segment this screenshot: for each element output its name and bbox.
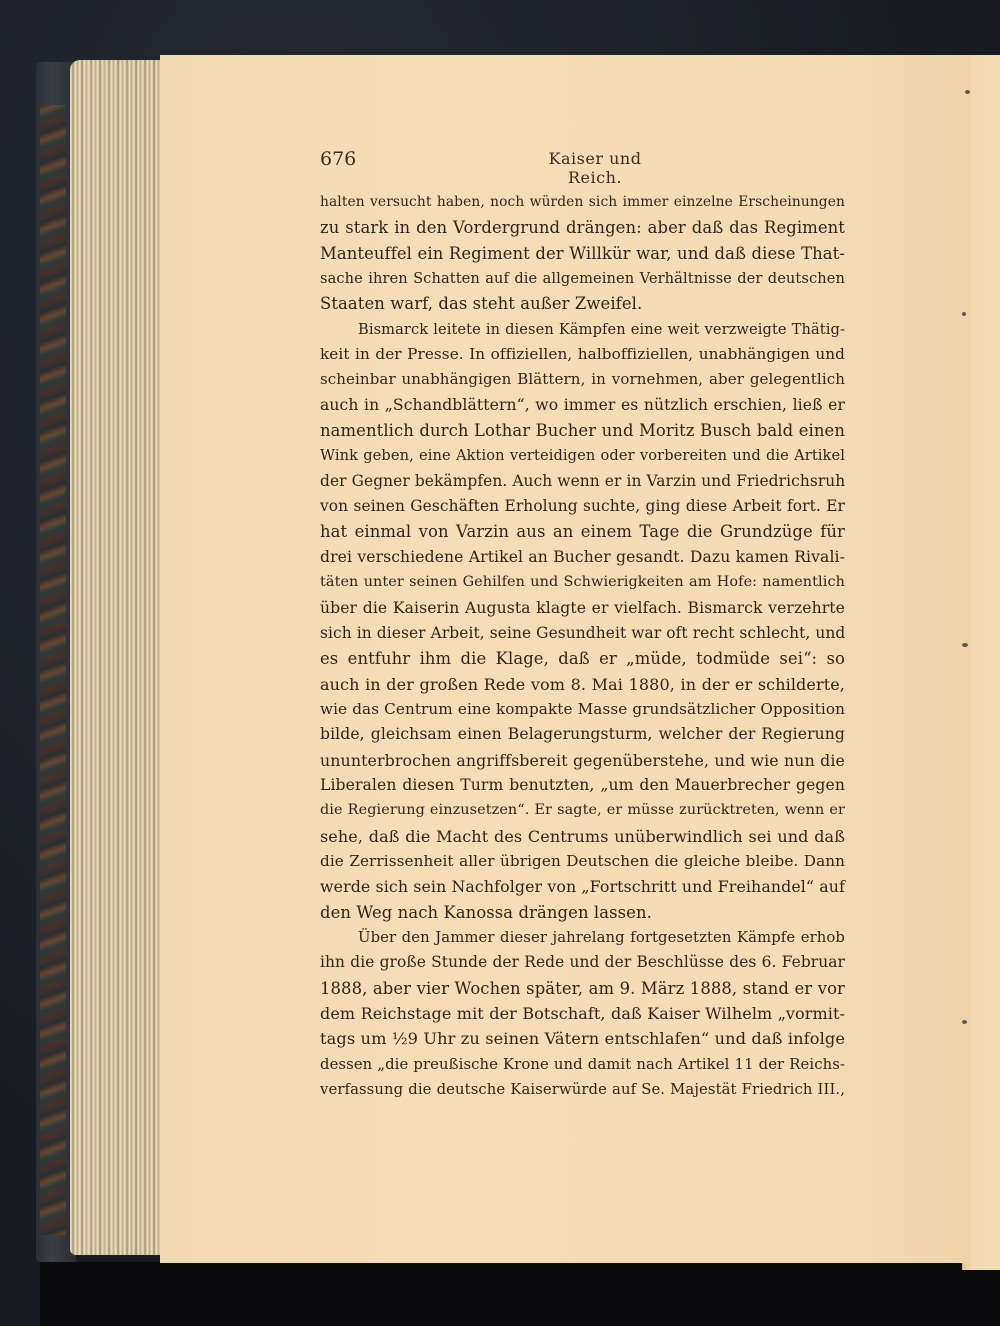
paper-speck bbox=[962, 643, 968, 647]
text-line: über die Kaiserin Augusta klagte er viel… bbox=[320, 596, 845, 621]
text-line: halten versucht haben, noch würden sich … bbox=[320, 190, 845, 215]
text-line: dessen „die preußische Krone und damit n… bbox=[320, 1052, 845, 1077]
text-line: scheinbar unabhängigen Blättern, in vorn… bbox=[320, 367, 845, 392]
table-shadow bbox=[40, 1262, 1000, 1326]
text-line: täten unter seinen Gehilfen und Schwieri… bbox=[320, 570, 845, 595]
running-title: Kaiser und Reich. bbox=[520, 149, 670, 187]
text-line: namentlich durch Lothar Bucher und Morit… bbox=[320, 418, 845, 443]
page-number: 676 bbox=[320, 148, 356, 170]
marbled-board bbox=[40, 105, 66, 1235]
text-line: die Regierung einzusetzen“. Er sagte, er… bbox=[320, 798, 845, 823]
text-line: sehe, daß die Macht des Centrums unüberw… bbox=[320, 824, 845, 849]
text-line: Über den Jammer dieser jahrelang fortges… bbox=[320, 925, 845, 950]
page-header: 676 Kaiser und Reich. bbox=[320, 148, 845, 174]
page-edges bbox=[70, 60, 162, 1255]
paper-speck bbox=[962, 1020, 967, 1024]
text-line: ihn die große Stunde der Rede und der Be… bbox=[320, 950, 845, 975]
text-line: Liberalen diesen Turm benutzten, „um den… bbox=[320, 773, 845, 798]
text-line: sache ihren Schatten auf die allgemeinen… bbox=[320, 266, 845, 291]
body-text: halten versucht haben, noch würden sich … bbox=[320, 190, 845, 1102]
text-line: bilde, gleichsam einen Belagerungsturm, … bbox=[320, 722, 845, 747]
text-line: auch in „Schandblättern“, wo immer es nü… bbox=[320, 393, 845, 418]
text-line: zu stark in den Vordergrund drängen: abe… bbox=[320, 215, 845, 240]
text-line: die Zerrissenheit aller übrigen Deutsche… bbox=[320, 849, 845, 874]
text-line: werde sich sein Nachfolger von „Fortschr… bbox=[320, 874, 845, 899]
paper-speck bbox=[962, 312, 966, 316]
text-line: der Gegner bekämpfen. Auch wenn er in Va… bbox=[320, 469, 845, 494]
text-line: Wink geben, eine Aktion verteidigen oder… bbox=[320, 443, 845, 468]
text-line: Manteuffel ein Regiment der Willkür war,… bbox=[320, 241, 845, 266]
text-line: dem Reichstage mit der Botschaft, daß Ka… bbox=[320, 1001, 845, 1026]
text-line: den Weg nach Kanossa drängen lassen. bbox=[320, 900, 845, 925]
text-line: 1888, aber vier Wochen später, am 9. Mär… bbox=[320, 976, 845, 1001]
text-line: keit in der Presse. In offiziellen, halb… bbox=[320, 342, 845, 367]
text-line: verfassung die deutsche Kaiserwürde auf … bbox=[320, 1077, 845, 1102]
paper-speck bbox=[965, 90, 970, 94]
text-line: hat einmal von Varzin aus an einem Tage … bbox=[320, 519, 845, 544]
text-line: ununterbrochen angriffsbereit gegenübers… bbox=[320, 748, 845, 773]
text-line: sich in dieser Arbeit, seine Gesundheit … bbox=[320, 621, 845, 646]
text-line: tags um ½9 Uhr zu seinen Vätern entschla… bbox=[320, 1026, 845, 1051]
text-line: drei verschiedene Artikel an Bucher gesa… bbox=[320, 545, 845, 570]
text-line: es entfuhr ihm die Klage, daß er „müde, … bbox=[320, 646, 845, 671]
text-line: Bismarck leitete in diesen Kämpfen eine … bbox=[320, 317, 845, 342]
text-line: auch in der großen Rede vom 8. Mai 1880,… bbox=[320, 672, 845, 697]
text-line: Staaten warf, das steht außer Zweifel. bbox=[320, 291, 845, 316]
text-line: von seinen Geschäften Erholung suchte, g… bbox=[320, 494, 845, 519]
text-line: wie das Centrum eine kompakte Masse grun… bbox=[320, 697, 845, 722]
